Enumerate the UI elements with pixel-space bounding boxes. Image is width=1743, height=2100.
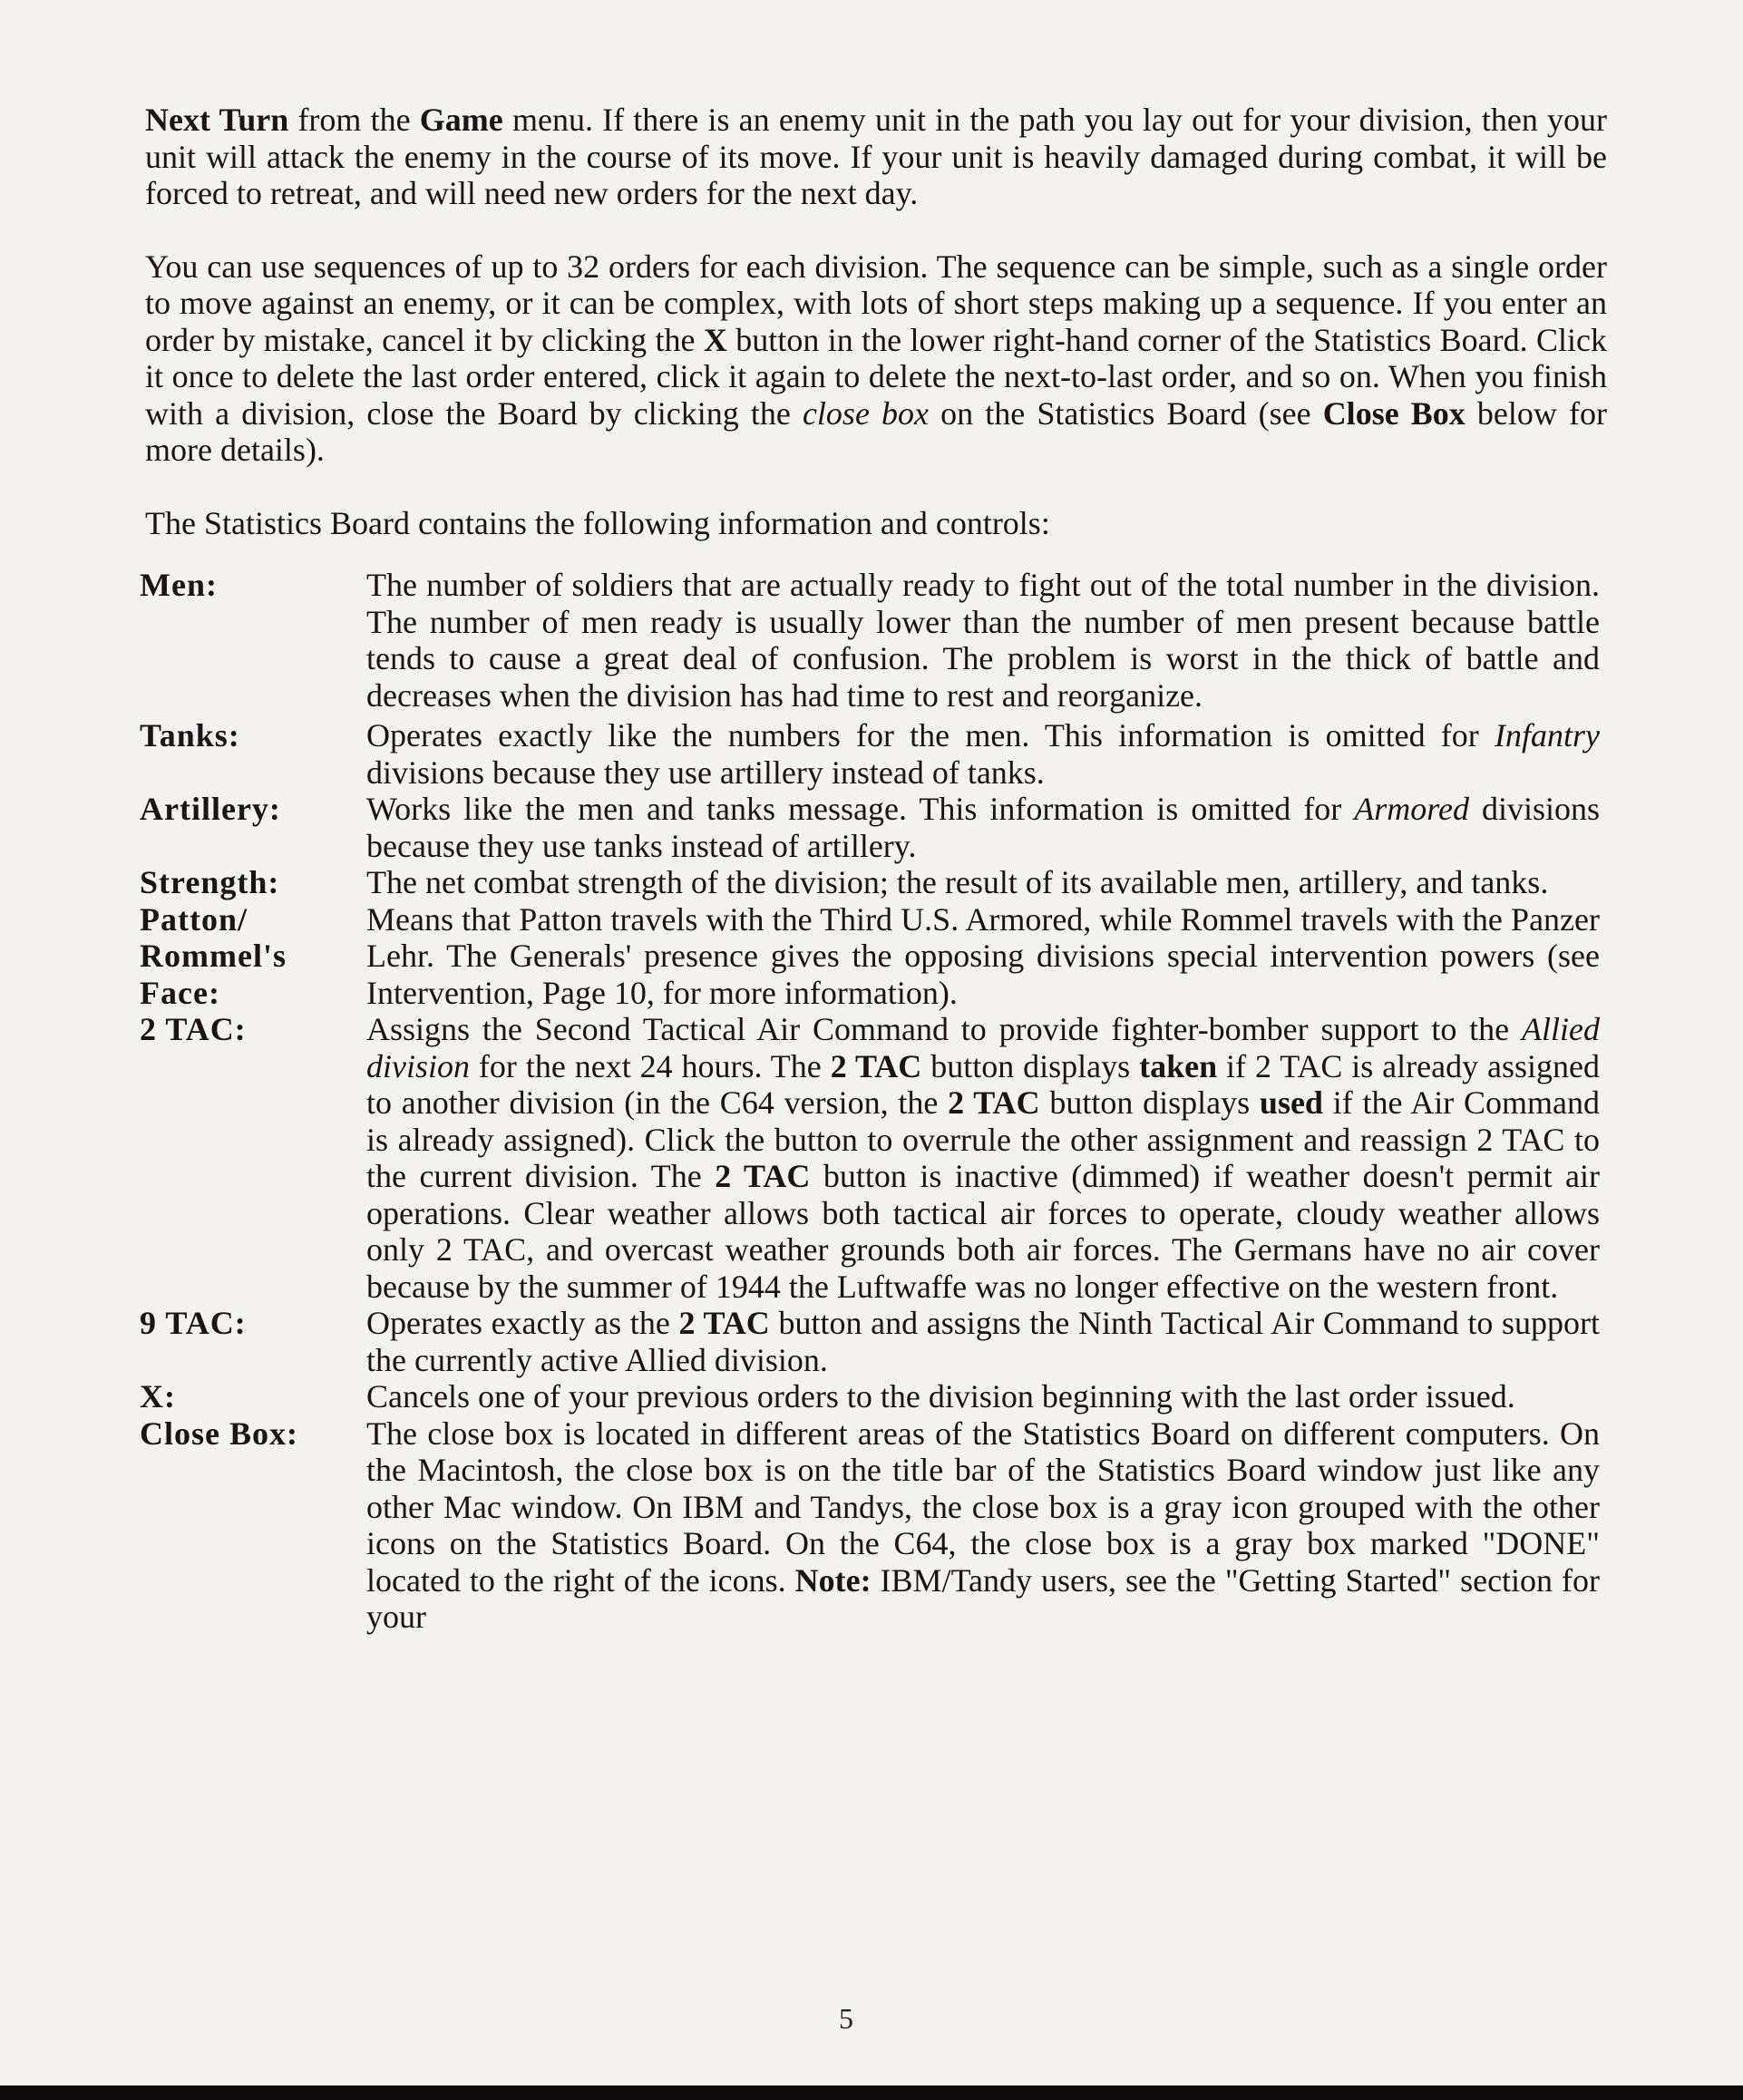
text-segment: taken [1139, 1048, 1217, 1084]
definition-body: Assigns the Second Tactical Air Command … [366, 1011, 1607, 1305]
definition-term: Close Box: [140, 1415, 366, 1453]
definition-men: Men: The number of soldiers that are act… [145, 567, 1607, 717]
text-segment: Assigns the Second Tactical Air Command … [366, 1011, 1522, 1047]
definition-tanks: Tanks: Operates exactly like the numbers… [145, 717, 1607, 791]
text-segment: Infantry [1495, 717, 1600, 753]
text-segment: Next Turn [145, 102, 288, 138]
text-segment: Note: [795, 1562, 871, 1599]
definition-body: Operates exactly like the numbers for th… [366, 717, 1607, 791]
text-segment: Works like the men and tanks message. Th… [366, 791, 1354, 827]
text-segment: The net combat strength of the division;… [366, 864, 1548, 900]
text-segment: 2 TAC [831, 1048, 922, 1084]
text-segment: 2 TAC [715, 1158, 810, 1194]
paragraph-board-intro: The Statistics Board contains the follow… [145, 505, 1607, 542]
definition-2-tac: 2 TAC: Assigns the Second Tactical Air C… [145, 1011, 1607, 1305]
text-segment: The Statistics Board contains the follow… [145, 505, 1050, 541]
manual-page: Next Turn from the Game menu. If there i… [0, 0, 1743, 2085]
definition-body: The net combat strength of the division;… [366, 864, 1607, 901]
definition-body: Means that Patton travels with the Third… [366, 901, 1607, 1012]
text-segment: close box [803, 395, 929, 432]
text-segment: divisions because they use artillery ins… [366, 754, 1045, 791]
text-segment: used [1260, 1084, 1323, 1121]
paragraph-order-sequences: You can use sequences of up to 32 orders… [145, 248, 1607, 469]
text-segment: Operates exactly as the [366, 1305, 678, 1341]
definition-body: Operates exactly as the 2 TAC button and… [366, 1305, 1607, 1378]
definition-body: The number of soldiers that are actually… [366, 567, 1607, 714]
definition-term: Tanks: [140, 717, 366, 754]
text-segment: for the next 24 hours. The [470, 1048, 831, 1084]
definition-x: X: Cancels one of your previous orders t… [145, 1378, 1607, 1415]
definition-body: Cancels one of your previous orders to t… [366, 1378, 1607, 1415]
text-segment: Operates exactly like the numbers for th… [366, 717, 1495, 753]
definition-term: X: [140, 1378, 366, 1415]
definition-strength: Strength: The net combat strength of the… [145, 864, 1607, 901]
definition-term: Patton/ Rommel's Face: [140, 901, 366, 1012]
definition-artillery: Artillery: Works like the men and tanks … [145, 791, 1607, 864]
definition-close-box: Close Box: The close box is located in d… [145, 1415, 1607, 1636]
paragraph-next-turn: Next Turn from the Game menu. If there i… [145, 102, 1607, 212]
text-segment: 2 TAC [678, 1305, 769, 1341]
scan-bottom-edge [0, 2085, 1743, 2100]
definition-9-tac: 9 TAC: Operates exactly as the 2 TAC but… [145, 1305, 1607, 1378]
definition-body: The close box is located in different ar… [366, 1415, 1607, 1636]
page-content: Next Turn from the Game menu. If there i… [145, 102, 1607, 1636]
text-segment: button displays [921, 1048, 1139, 1084]
definition-term: 2 TAC: [140, 1011, 366, 1048]
page-number: 5 [839, 2002, 853, 2036]
definition-body: Works like the men and tanks message. Th… [366, 791, 1607, 864]
text-segment: Means that Patton travels with the Third… [366, 901, 1600, 1011]
text-segment: on the Statistics Board (see [929, 395, 1323, 432]
definition-general-face: Patton/ Rommel's Face: Means that Patton… [145, 901, 1607, 1012]
definition-term: Men: [140, 567, 366, 604]
definition-list: Men: The number of soldiers that are act… [145, 567, 1607, 1636]
text-segment: Cancels one of your previous orders to t… [366, 1378, 1515, 1415]
text-segment: Close Box [1323, 395, 1465, 432]
text-segment: from the [288, 102, 420, 138]
definition-term: 9 TAC: [140, 1305, 366, 1342]
text-segment: 2 TAC [948, 1084, 1039, 1121]
text-segment: The number of soldiers that are actually… [366, 567, 1600, 714]
text-segment: button displays [1040, 1084, 1260, 1121]
definition-term: Strength: [140, 864, 366, 901]
definition-term: Artillery: [140, 791, 366, 828]
text-segment: Armored [1354, 791, 1469, 827]
text-segment: X [704, 322, 727, 358]
text-segment: Game [420, 102, 503, 138]
